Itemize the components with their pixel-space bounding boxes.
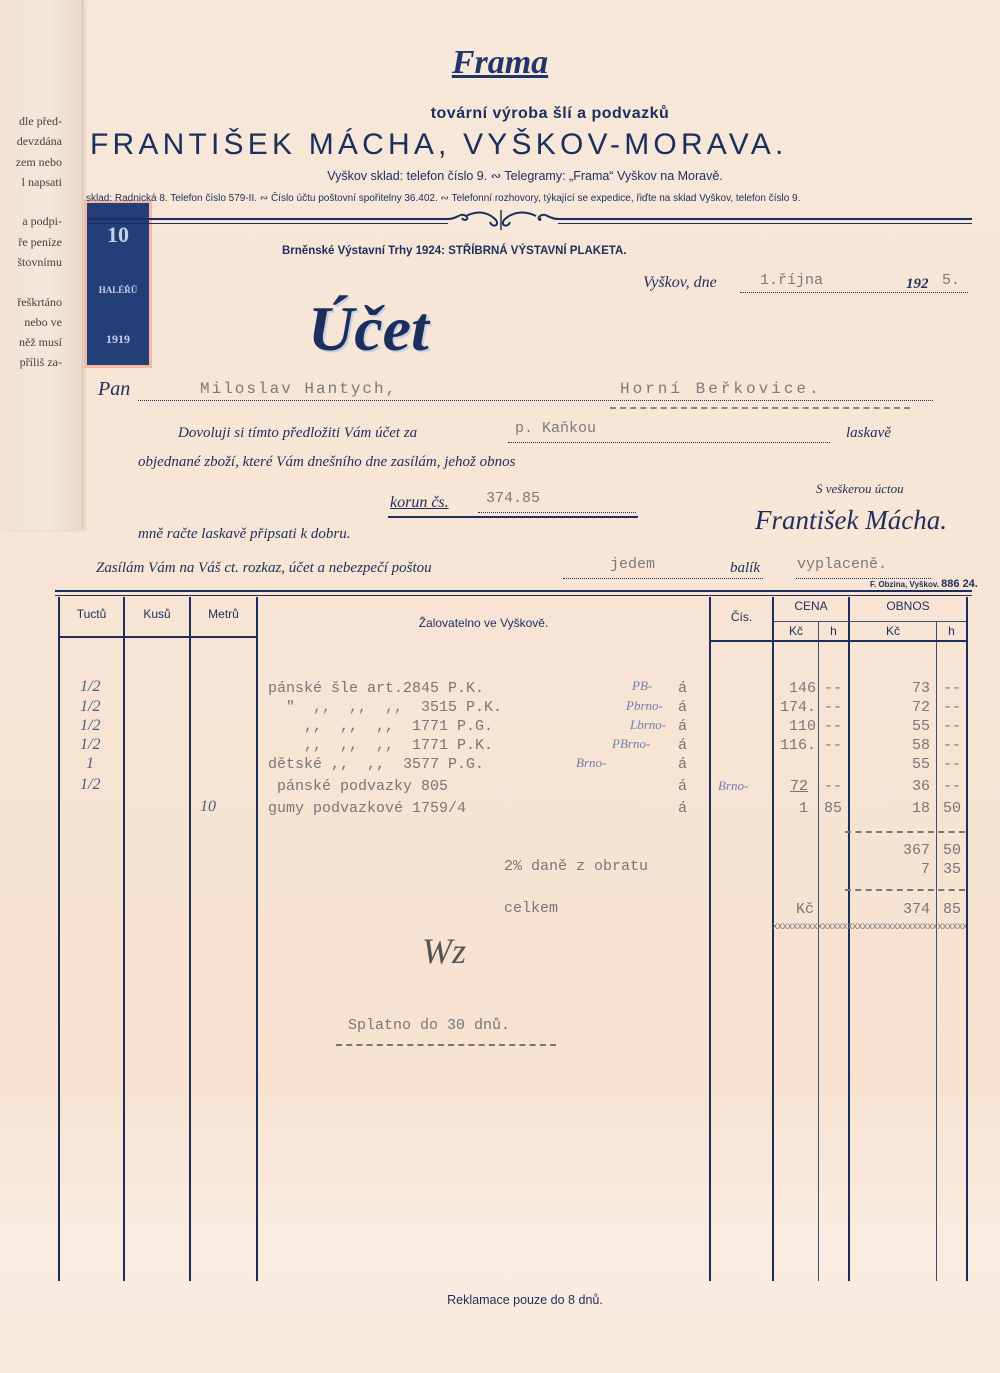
mark-cell: á [678,699,687,716]
cena-kc-cell: 146 [772,680,816,697]
document-title: Účet [308,292,429,366]
amount-rule [388,516,638,518]
date-label: Vyškov, dne [643,274,717,292]
cena-h-cell: -- [818,718,842,735]
shipping-count: jedem [610,556,655,573]
place-underline [610,407,910,409]
obnos-h-cell: -- [937,778,961,795]
obnos-kc-cell: 58 [850,737,930,754]
flap-line: štovnímu [0,253,62,271]
flap-line: nebo ve [0,313,62,331]
amount-label: korun čs. [390,494,449,512]
note-cell: Pbrno- [626,698,663,714]
cena-kc-cell: 174. [772,699,816,716]
total-currency: Kč [796,901,814,918]
shipping-dotted-line [563,578,763,579]
revenue-stamp: 10 HALÉŘŮ 1919 [84,200,152,368]
date-dotted-line [740,292,968,293]
regards: S veškerou úctou [816,481,904,497]
tuctu-cell: 1/2 [80,736,100,754]
cena-kc-cell: 72 [772,778,808,795]
mark-cell: á [678,718,687,735]
header-kusu: Kusů [125,607,189,621]
printer-note: F. Obzina, Vyškov. 886 24. [870,578,978,590]
header-cena-kc: Kč [774,624,818,638]
cena-h-cell: -- [818,778,842,795]
cena-kc-cell: 116. [760,737,816,754]
printer-name: F. Obzina, Vyškov. [870,580,939,589]
obnos-h-cell: -- [937,718,961,735]
mark-cell: á [678,680,687,697]
brand-logo: Frama [0,44,1000,82]
col-divider [966,597,968,1281]
body-line-3: mně račte laskavě připsati k dobru. [138,526,350,543]
award-line: Brněnské Výstavní Trhy 1924: STŘÍBRNÁ VÝ… [282,245,626,257]
za-dotted-line [508,442,830,443]
description-cell: gumy podvazkové 1759/4 [268,800,466,817]
company-subtitle: tovární výroba šlí a podvazků [0,105,1000,123]
table-top-rule [55,590,972,596]
total-label: celkem [504,900,558,917]
recipient-name: Miloslav Hantych, [200,380,397,398]
tax-kc: 7 [850,861,930,878]
cena-kc-cell: 110 [772,718,816,735]
flourish-ornament [448,206,558,232]
footer-note: Reklamace pouze do 8 dnů. [0,1293,1000,1307]
shipping-line: Zasílám Vám na Váš ct. rozkaz, účet a ne… [96,560,432,577]
mark-cell: á [678,800,687,817]
description-cell: pánské šle art.2845 P.K. [268,680,484,697]
tax-h: 35 [937,861,961,878]
contact-line-2: sklad: Radnická 8. Telefon číslo 579-II.… [86,193,800,204]
tuctu-cell: 1/2 [80,678,100,696]
header-obnos-h: h [937,624,966,638]
description-cell: dětské ,, ,, 3577 P.G. [268,756,484,773]
col-divider [256,597,258,1281]
stamp-year: 1919 [106,332,130,347]
body-line-1: Dovoluji si tímto předložiti Vám účet za [178,425,417,442]
shipping-status: vyplaceně. [797,556,887,573]
header-obnos: OBNOS [850,599,966,613]
tuctu-cell: 1 [86,755,94,773]
tuctu-cell: 1/2 [80,776,100,794]
mark-cell: á [678,737,687,754]
obnos-kc-cell: 73 [850,680,930,697]
date-value: 1.října [760,272,823,289]
obnos-kc-cell: 72 [850,699,930,716]
cena-kc-cell: 1 [772,800,808,817]
header-description: Žalovatelno ve Vyškově. [258,616,709,630]
total-double-underline: xxxxxxxxxxxxxxxxxxxxxxxxxxxxxxxxxxxxxxxx… [772,922,966,933]
printer-code: 886 24. [941,578,978,590]
subtotal-kc: 367 [850,842,930,859]
flap-line: devzdána [0,132,62,150]
year-suffix: 5. [942,272,960,289]
cena-h-cell: 85 [818,800,842,817]
note-cell: Brno- [576,755,606,771]
subheader-rule [774,621,966,622]
col-divider [58,597,60,1281]
flap-line: něž musí [0,333,62,351]
col-divider [123,597,125,1281]
recipient-dotted-line [138,400,933,401]
amount-dotted-line [478,512,636,513]
cena-h-cell: -- [818,680,842,697]
payment-terms-underline [336,1044,556,1046]
header-obnos-kc: Kč [850,624,936,638]
total-dash [845,889,965,891]
col-divider [189,597,191,1281]
header-underline [60,636,256,638]
description-cell: pánské podvazky 805 [268,778,448,795]
contact-line-1: Vyškov sklad: telefon číslo 9. ∾ Telegra… [0,168,1000,183]
cena-h-cell: -- [818,699,842,716]
shipping-unit: balík [730,560,760,577]
recipient-place: Horní Beřkovice. [620,380,822,398]
signature: František Mácha. [755,505,947,536]
subtotal-h: 50 [937,842,961,859]
description-cell: " ,, ,, ,, 3515 P.K. [268,699,502,716]
stamp-text: HALÉŘŮ [99,285,138,295]
tuctu-cell: 1/2 [80,698,100,716]
description-cell: ,, ,, ,, 1771 P.K. [268,737,493,754]
flap-line: příliš za- [0,353,62,371]
stamp-denomination: 10 [107,222,129,248]
subtotal-dash [845,831,965,833]
total-kc: 374 [850,901,930,918]
obnos-kc-cell: 18 [850,800,930,817]
recipient-label: Pan [98,378,130,401]
total-h: 85 [937,901,961,918]
header-cena-h: h [819,624,848,638]
obnos-kc-cell: 55 [850,756,930,773]
obnos-h-cell: -- [937,737,961,754]
header-cis: Čís. [711,610,772,624]
description-cell: ,, ,, ,, 1771 P.G. [268,718,493,735]
flap-line: řeškrtáno [0,293,62,311]
header-cena: CENA [774,599,848,613]
body-line-2: objednané zboží, které Vám dnešního dne … [138,454,515,471]
amount-value: 374.85 [486,490,540,507]
obnos-h-cell: -- [937,680,961,697]
payment-terms: Splatno do 30 dnů. [348,1017,510,1034]
note-cell: Brno- [718,778,748,794]
mark-cell: á [678,778,687,795]
header-tuctu: Tuctů [60,607,123,621]
obnos-kc-cell: 36 [850,778,930,795]
initials: Wz [422,930,466,972]
company-name: FRANTIŠEK MÁCHA, VYŠKOV-MORAVA. [90,128,788,162]
obnos-kc-cell: 55 [850,718,930,735]
col-divider [709,597,711,1281]
year-prefix: 192 [906,276,929,293]
obnos-h-cell: -- [937,699,961,716]
tax-label: 2% daně z obratu [504,858,648,875]
obnos-h-cell: 50 [937,800,961,817]
tuctu-cell: 1/2 [80,717,100,735]
note-cell: PB- [632,678,652,694]
header-metru: Metrů [191,607,256,621]
cena-h-cell: -- [818,737,842,754]
note-cell: Lbrno- [630,717,666,733]
obnos-h-cell: -- [937,756,961,773]
za-value: p. Kaňkou [515,420,596,437]
note-cell: PBrno- [612,736,650,752]
metru-cell: 10 [200,798,216,816]
header-underline [711,640,966,642]
flap-line: ře peníze [0,233,62,251]
body-line-1-suffix: laskavě [846,425,891,442]
flap-line: a podpi- [0,212,62,230]
mark-cell: á [678,756,687,773]
